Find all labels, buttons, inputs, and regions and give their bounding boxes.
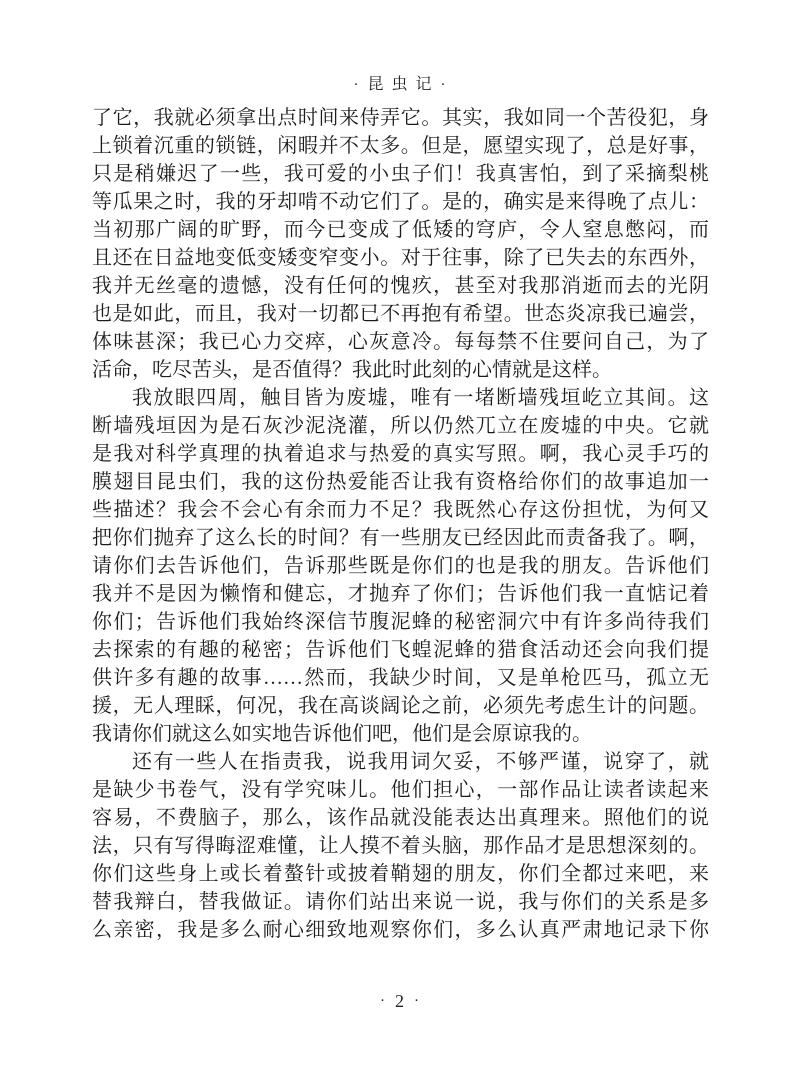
text-line: 替我辩白，替我做证。请你们站出来说一说，我与你们的关系是多 — [92, 888, 709, 916]
text-line: 你们这些身上或长着螯针或披着鞘翅的朋友，你们全都过来吧，来 — [92, 860, 709, 888]
text-line: 些描述？我会不会心有余而力不足？我既然心存这份担忧，为何又 — [92, 496, 709, 524]
page-number: 2 — [395, 991, 404, 1011]
text-line: 断墙残垣因为是石灰沙泥浇灌，所以仍然兀立在废墟的中央。它就 — [92, 412, 709, 440]
header-dot-left: · — [353, 77, 358, 93]
footer-dot-left: · — [380, 993, 385, 1009]
text-line: 是我对科学真理的执着追求与热爱的真实写照。啊，我心灵手巧的 — [92, 440, 709, 468]
text-line: 当初那广阔的旷野，而今已变成了低矮的穹庐，令人窒息憋闷，而 — [92, 216, 709, 244]
book-page: ·昆虫记· 了它，我就必须拿出点时间来侍弄它。其实，我如同一个苦役犯，身 上锁着… — [0, 0, 799, 1077]
text-line: 法，只有写得晦涩难懂，让人摸不着头脑，那作品才是思想深刻的。 — [92, 832, 709, 860]
text-line: 么亲密，我是多么耐心细致地观察你们，多么认真严肃地记录下你 — [92, 916, 709, 944]
paragraph: 我放眼四周，触目皆为废墟，唯有一堵断墙残垣屹立其间。这 断墙残垣因为是石灰沙泥浇… — [92, 384, 709, 748]
text-block: 了它，我就必须拿出点时间来侍弄它。其实，我如同一个苦役犯，身 上锁着沉重的锁链，… — [92, 104, 709, 944]
text-line: 你们；告诉他们我始终深信节腹泥蜂的秘密洞穴中有许多尚待我们 — [92, 608, 709, 636]
header-dot-right: · — [441, 77, 446, 93]
text-line: 活命，吃尽苦头，是否值得？我此时此刻的心情就是这样。 — [92, 356, 709, 384]
text-line: 只是稍嫌迟了一些，我可爱的小虫子们！我真害怕，到了采摘梨桃 — [92, 160, 709, 188]
text-line: 且还在日益地变低变矮变窄变小。对于往事，除了已失去的东西外， — [92, 244, 709, 272]
text-line: 把你们抛弃了这么长的时间？有一些朋友已经因此而责备我了。啊， — [92, 524, 709, 552]
text-line: 体味甚深；我已心力交瘁，心灰意冷。每每禁不住要问自己，为了 — [92, 328, 709, 356]
page-footer: ·2· — [0, 991, 799, 1012]
text-line: 还有一些人在指责我，说我用词欠妥，不够严谨，说穿了，就 — [92, 748, 709, 776]
text-line: 了它，我就必须拿出点时间来侍弄它。其实，我如同一个苦役犯，身 — [92, 104, 709, 132]
text-line: 等瓜果之时，我的牙却啃不动它们了。是的，确实是来得晚了点儿： — [92, 188, 709, 216]
paragraph: 还有一些人在指责我，说我用词欠妥，不够严谨，说穿了，就 是缺少书卷气，没有学究味… — [92, 748, 709, 944]
text-line: 我并无丝毫的遗憾，没有任何的愧疚，甚至对我那消逝而去的光阴 — [92, 272, 709, 300]
text-line: 我请你们就这么如实地告诉他们吧，他们是会原谅我的。 — [92, 720, 709, 748]
text-line: 容易，不费脑子，那么，该作品就没能表达出真理来。照他们的说 — [92, 804, 709, 832]
text-line: 去探索的有趣的秘密；告诉他们飞蝗泥蜂的猎食活动还会向我们提 — [92, 636, 709, 664]
text-line: 我并不是因为懒惰和健忘，才抛弃了你们；告诉他们我一直惦记着 — [92, 580, 709, 608]
text-line: 我放眼四周，触目皆为废墟，唯有一堵断墙残垣屹立其间。这 — [92, 384, 709, 412]
text-line: 援，无人理睬，何况，我在高谈阔论之前，必须先考虑生计的问题。 — [92, 692, 709, 720]
text-line: 是缺少书卷气，没有学究味儿。他们担心，一部作品让读者读起来 — [92, 776, 709, 804]
header-title: 昆虫记 — [367, 76, 439, 93]
text-line: 请你们去告诉他们，告诉那些既是你们的也是我的朋友。告诉他们 — [92, 552, 709, 580]
text-line: 也是如此，而且，我对一切都已不再抱有希望。世态炎凉我已遍尝， — [92, 300, 709, 328]
text-line: 上锁着沉重的锁链，闲暇并不太多。但是，愿望实现了，总是好事， — [92, 132, 709, 160]
paragraph: 了它，我就必须拿出点时间来侍弄它。其实，我如同一个苦役犯，身 上锁着沉重的锁链，… — [92, 104, 709, 384]
running-header: ·昆虫记· — [0, 71, 799, 94]
text-line: 供许多有趣的故事……然而，我缺少时间，又是单枪匹马，孤立无 — [92, 664, 709, 692]
text-line: 膜翅目昆虫们，我的这份热爱能否让我有资格给你们的故事追加一 — [92, 468, 709, 496]
footer-dot-right: · — [414, 993, 419, 1009]
